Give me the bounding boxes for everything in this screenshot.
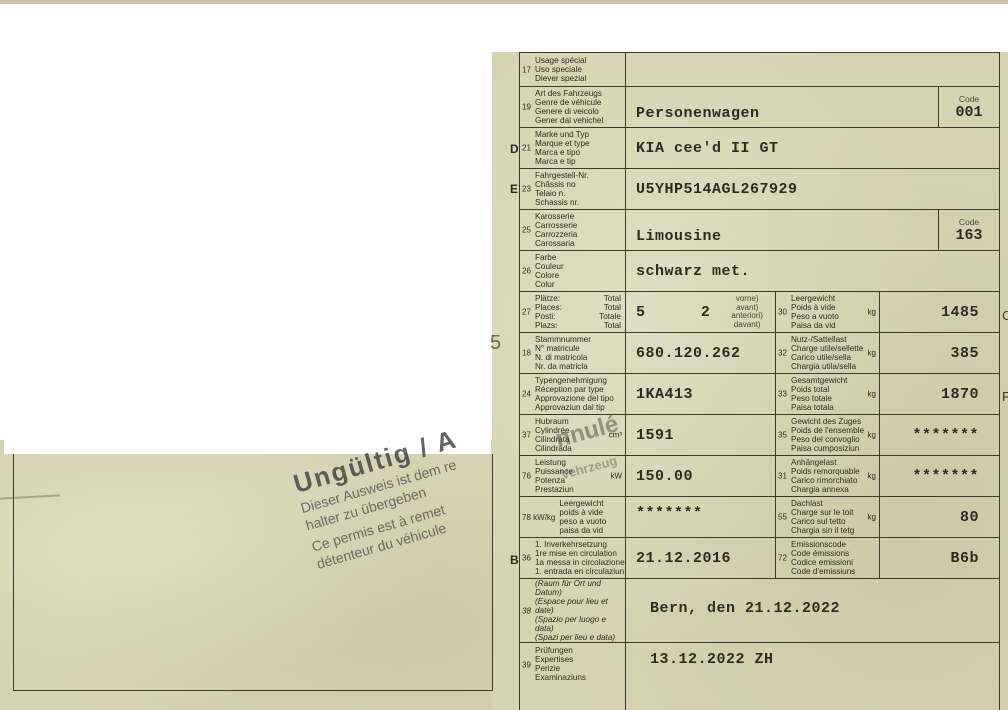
label-line: Dachlast	[791, 499, 879, 508]
seats-total: 5	[626, 304, 701, 321]
label-line: (Raum für Ort und Datum)	[535, 579, 625, 597]
power-value: 150.00	[626, 456, 776, 497]
field-label: 78 kW/kg Leergewicht poids à vide peso a…	[520, 497, 626, 538]
label-line: Code d'emissiuns	[791, 567, 879, 576]
margin-digit: 5	[490, 332, 501, 355]
field-number: 72	[778, 554, 787, 563]
field-label: 31 kg Anhängelast Poids remorquable Cari…	[776, 456, 880, 497]
label-line: Genre de véhicule	[535, 98, 625, 107]
field-label: 35 kg Gewicht des Zuges Poids de l'ensem…	[776, 415, 880, 456]
label-line: Chargia utila/sella	[791, 362, 879, 371]
label-line: Perizie	[535, 664, 625, 673]
payload-value: 385	[880, 333, 1000, 374]
label-line: Charge sur le toit	[791, 508, 879, 517]
label-line: Couleur	[535, 262, 625, 271]
label-line: Carrosserie	[535, 221, 625, 230]
field-number: 18	[522, 349, 531, 358]
label-line: 1. Inverkehrsetzung	[535, 540, 625, 549]
first-registration-value: 21.12.2016	[626, 538, 776, 579]
code-caption: Code	[939, 94, 999, 104]
row-26-color: 26 Farbe Couleur Colore Colur schwarz me…	[520, 251, 1000, 292]
unit-label: kW/kg	[533, 513, 555, 522]
label-line: Paisa cumposiziun	[791, 444, 879, 453]
label-line: Code émissions	[791, 549, 879, 558]
label-line: Nr. da matricla	[535, 362, 625, 371]
row-27-seats-30-empty-weight: 27 Plätze:Total Places:Total Posti:Total…	[520, 292, 1000, 333]
margin-letter-c: C	[1002, 308, 1008, 323]
label-line: Prüfungen	[535, 646, 625, 655]
label-line: Carico utile/sella	[791, 353, 879, 362]
row-39-inspections: 39 Prüfungen Expertises Perizie Examinaz…	[520, 643, 1000, 710]
row-23-chassis-number: 23 Fahrgestell-Nr. Châssis no Telaio n. …	[520, 169, 1000, 210]
inspections-value: 13.12.2022 ZH	[626, 643, 1000, 710]
field-label: 21 Marke und Typ Marque et type Marca e …	[520, 128, 626, 169]
field-number: 55	[778, 513, 787, 522]
label-line: Marca e tip	[535, 157, 625, 166]
field-number: 19	[522, 103, 531, 112]
label-line: Approvazione del tipo	[535, 394, 625, 403]
label-text: Posti:	[535, 312, 555, 321]
label-line: Chargia annexa	[791, 485, 879, 494]
field-label: 30 kg Leergewicht Poids à vide Peso a vu…	[776, 292, 880, 333]
label-line: 1a messa in circolazione	[535, 558, 625, 567]
row-19-vehicle-kind: 19 Art des Fahrzeugs Genre de véhicule G…	[520, 87, 1000, 128]
label-line: Poids de l'ensemble	[791, 426, 879, 435]
seats-values: 5 2 vorne) avant) anteriori) davant)	[626, 292, 776, 333]
label-line: Poids total	[791, 385, 879, 394]
field-number: 27	[522, 308, 531, 317]
label-line: 1re mise en circulation	[535, 549, 625, 558]
side-letter-b: B	[510, 553, 519, 567]
label-text: Plätze:	[535, 294, 560, 303]
field-number: 33	[778, 390, 787, 399]
place-date-value: Bern, den 21.12.2022	[626, 579, 1000, 643]
make-type-value: KIA cee'd II GT	[626, 128, 1000, 169]
label-line: Charge utile/sellette	[791, 344, 879, 353]
label-line: Carrozzeria	[535, 230, 625, 239]
field-number: 37	[522, 431, 531, 440]
field-number: 23	[522, 185, 531, 194]
field-number: 35	[778, 431, 787, 440]
label-line: Marke und Typ	[535, 130, 625, 139]
chassis-number-value: U5YHP514AGL267929	[626, 169, 1000, 210]
label-line: Carico sul tetto	[791, 517, 879, 526]
field-number: 36	[522, 554, 531, 563]
label-line: Peso del convoglio	[791, 435, 879, 444]
empty-weight-value: 1485	[880, 292, 1000, 333]
row-38-place-date: 38 (Raum für Ort und Datum) (Espace pour…	[520, 579, 1000, 643]
trailer-load-value: *******	[880, 456, 1000, 497]
label-wrapper: 78 kW/kg Leergewicht poids à vide peso a…	[522, 499, 625, 535]
label-line: Gener dal vehichel	[535, 116, 625, 125]
label-line: Carico rimorchiato	[791, 476, 879, 485]
label-line: Places:Total	[535, 303, 625, 312]
field-label: 39 Prüfungen Expertises Perizie Examinaz…	[520, 643, 626, 710]
vehicle-kind-code: Code 001	[939, 87, 1000, 128]
row-18-base-number-32-payload: 18 Stammnummer N° matricule N. di matric…	[520, 333, 1000, 374]
field-label: 17 Usage spécial Uso speciale Diever spe…	[520, 53, 626, 87]
field-number: 30	[778, 308, 787, 317]
unit-label: kg	[868, 349, 876, 358]
unit-label: kg	[868, 472, 876, 481]
label-line: Colore	[535, 271, 625, 280]
unit-label: kW	[610, 472, 622, 481]
field-number: 78 kW/kg	[522, 513, 555, 522]
side-letter-e: E	[510, 182, 518, 196]
label-line: Marca e tipo	[535, 148, 625, 157]
base-number-value: 680.120.262	[626, 333, 776, 374]
label-line: Stammnummer	[535, 335, 625, 344]
label-line: Codice emissioni	[791, 558, 879, 567]
label-line: Usage spécial	[535, 56, 625, 65]
label-lines: Leergewicht poids à vide peso a vuoto pa…	[559, 499, 606, 535]
label-line: (Spazio per luogo e data)	[535, 615, 625, 633]
train-weight-value: *******	[880, 415, 1000, 456]
field-label: 55 kg Dachlast Charge sur le toit Carico…	[776, 497, 880, 538]
field-label: 32 kg Nutz-/Sattellast Charge utile/sell…	[776, 333, 880, 374]
label-line: Gesamtgewicht	[791, 376, 879, 385]
field-number: 26	[522, 267, 531, 276]
field-number: 21	[522, 144, 531, 153]
field-number: 76	[522, 472, 531, 481]
vehicle-kind-value: Personenwagen	[626, 87, 939, 128]
row-21-make-type: 21 Marke und Typ Marque et type Marca e …	[520, 128, 1000, 169]
label-line: Examinaziuns	[535, 673, 625, 682]
label-text: Total	[604, 303, 621, 312]
label-line: Fahrgestell-Nr.	[535, 171, 625, 180]
label-line: Prestaziun	[535, 485, 625, 494]
unit-label: kg	[868, 308, 876, 317]
label-line: Plätze:Total	[535, 294, 625, 303]
label-line: Carossaria	[535, 239, 625, 248]
field-number: 39	[522, 661, 531, 670]
label-text: Places:	[535, 303, 562, 312]
label-line: Châssis no	[535, 180, 625, 189]
body-type-code: Code 163	[939, 210, 1000, 251]
field-number: 17	[522, 65, 531, 74]
field-number: 25	[522, 226, 531, 235]
seats-front-label: vorne) avant) anteriori) davant)	[719, 295, 775, 329]
label-line: Nutz-/Sattellast	[791, 335, 879, 344]
field-label: 23 Fahrgestell-Nr. Châssis no Telaio n. …	[520, 169, 626, 210]
field-number: 32	[778, 349, 787, 358]
field-label: 36 1. Inverkehrsetzung 1re mise en circu…	[520, 538, 626, 579]
emission-code-value: B6b	[880, 538, 1000, 579]
label-line: (Spazi per lieu e data)	[535, 633, 625, 642]
field-number-text: 78	[522, 513, 531, 522]
field-number: 31	[778, 472, 787, 481]
label-line: Leergewicht	[791, 294, 879, 303]
unit-label: kg	[868, 431, 876, 440]
seats-front: 2	[701, 304, 720, 321]
label-line: Poids à vide	[791, 303, 879, 312]
field-label: 19 Art des Fahrzeugs Genre de véhicule G…	[520, 87, 626, 128]
label-line: Genere di veicolo	[535, 107, 625, 116]
field-label: 38 (Raum für Ort und Datum) (Espace pour…	[520, 579, 626, 643]
label-line: N° matricule	[535, 344, 625, 353]
label-line: 1. entrada en circulaziun	[535, 567, 625, 576]
label-line: Expertises	[535, 655, 625, 664]
label-line: Leergewicht	[559, 499, 606, 508]
power-ratio-value: *******	[626, 497, 776, 538]
unit-label: kg	[868, 513, 876, 522]
label-line: Chargia sin il tetg	[791, 526, 879, 535]
label-line: Farbe	[535, 253, 625, 262]
field-label: 18 Stammnummer N° matricule N. di matric…	[520, 333, 626, 374]
label-line: N. di matricola	[535, 353, 625, 362]
label-line: Poids remorquable	[791, 467, 879, 476]
field-number: 38	[522, 606, 531, 615]
label-text: Plazs:	[535, 321, 557, 330]
label-text: Total	[604, 321, 621, 330]
label-line: Colur	[535, 280, 625, 289]
total-weight-value: 1870	[880, 374, 1000, 415]
label-line: Anhängelast	[791, 458, 879, 467]
roof-load-value: 80	[880, 497, 1000, 538]
row-24-type-approval-33-total-weight: 24 Typengenehmigung Réception par type A…	[520, 374, 1000, 415]
label-line: Marque et type	[535, 139, 625, 148]
label-line: Schassis nr.	[535, 198, 625, 207]
label-line: Paisa da vid	[791, 321, 879, 330]
label-text: Totale	[599, 312, 621, 321]
label-line: Karosserie	[535, 212, 625, 221]
special-usage-value	[626, 53, 1000, 87]
label-line: Peso a vuoto	[791, 312, 879, 321]
label-line: Gewicht des Zuges	[791, 417, 879, 426]
label-line: Réception par type	[535, 385, 625, 394]
row-25-body-type: 25 Karosserie Carrosserie Carrozzeria Ca…	[520, 210, 1000, 251]
field-label: 27 Plätze:Total Places:Total Posti:Total…	[520, 292, 626, 333]
color-value: schwarz met.	[626, 251, 1000, 292]
label-line: Emissionscode	[791, 540, 879, 549]
side-letter-d: D	[510, 142, 519, 156]
code-value: 163	[939, 227, 999, 244]
margin-letter-f: F	[1002, 389, 1008, 404]
field-number: 24	[522, 390, 531, 399]
label-text: Total	[604, 294, 621, 303]
field-label: 72 Emissionscode Code émissions Codice e…	[776, 538, 880, 579]
type-approval-value: 1KA413	[626, 374, 776, 415]
field-label: 26 Farbe Couleur Colore Colur	[520, 251, 626, 292]
label-line: davant)	[719, 321, 775, 330]
label-line: peso a vuoto	[559, 517, 606, 526]
row-78-power-ratio-55-roof-load: 78 kW/kg Leergewicht poids à vide peso a…	[520, 497, 1000, 538]
label-line: paisa da vid	[559, 526, 606, 535]
label-line: (Espace pour lieu et date)	[535, 597, 625, 615]
label-line: Uso speciale	[535, 65, 625, 74]
field-label: 24 Typengenehmigung Réception par type A…	[520, 374, 626, 415]
redacted-area	[4, 4, 491, 454]
field-label: 25 Karosserie Carrosserie Carrozzeria Ca…	[520, 210, 626, 251]
row-36-first-registration-72-emission-code: 36 1. Inverkehrsetzung 1re mise en circu…	[520, 538, 1000, 579]
vehicle-registration-table: 17 Usage spécial Uso speciale Diever spe…	[519, 52, 1000, 710]
field-label: 33 kg Gesamtgewicht Poids total Peso tot…	[776, 374, 880, 415]
label-line: Diever spezial	[535, 74, 625, 83]
code-value: 001	[939, 104, 999, 121]
seats-split: 5 2 vorne) avant) anteriori) davant)	[626, 295, 775, 329]
label-line: Posti:Totale	[535, 312, 625, 321]
code-caption: Code	[939, 217, 999, 227]
label-line: Typengenehmigung	[535, 376, 625, 385]
label-line: Peso totale	[791, 394, 879, 403]
unit-label: kg	[868, 390, 876, 399]
row-17-special-usage: 17 Usage spécial Uso speciale Diever spe…	[520, 53, 1000, 87]
label-line: Plazs:Total	[535, 321, 625, 330]
body-type-value: Limousine	[626, 210, 939, 251]
label-line: Telaio n.	[535, 189, 625, 198]
label-line: Art des Fahrzeugs	[535, 89, 625, 98]
label-line: poids à vide	[559, 508, 606, 517]
label-line: Paisa totala	[791, 403, 879, 412]
displacement-value: 1591	[626, 415, 776, 456]
